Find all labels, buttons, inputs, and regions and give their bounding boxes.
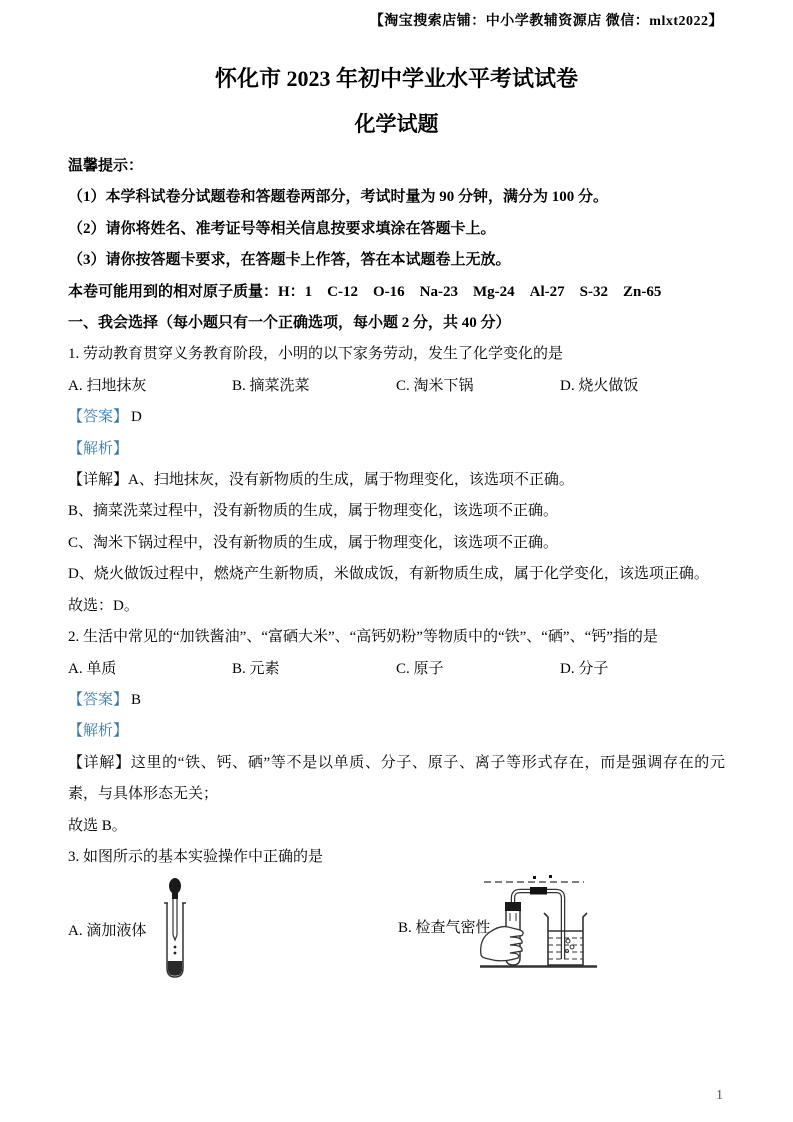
q1-option-b: B. 摘菜洗菜 bbox=[232, 371, 396, 402]
q1-detail-line-3: C、淘米下锅过程中，没有新物质的生成，属于物理变化，该选项不正确。 bbox=[68, 528, 725, 559]
header-notice: 【淘宝搜索店铺：中小学教辅资源店 微信：mlxt2022】 bbox=[0, 0, 793, 30]
q1-option-a: A. 扫地抹灰 bbox=[68, 371, 232, 402]
exam-paper-page: 【淘宝搜索店铺：中小学教辅资源店 微信：mlxt2022】 怀化市 2023 年… bbox=[0, 0, 793, 1122]
q3-option-b-label: B. 检查气密性 bbox=[398, 916, 491, 937]
page-title: 怀化市 2023 年初中学业水平考试试卷 bbox=[0, 62, 793, 93]
gas-tightness-check-apparatus-icon bbox=[480, 869, 602, 979]
q2-options: A. 单质 B. 元素 C. 原子 D. 分子 bbox=[68, 654, 725, 685]
q2-option-a: A. 单质 bbox=[68, 654, 232, 685]
page-number: 1 bbox=[716, 1088, 723, 1104]
q2-detail-line-1: 【详解】这里的“铁、钙、硒”等不是以单质、分子、原子、离子等形式存在，而是强调存… bbox=[68, 748, 725, 811]
q2-answer-line: 【答案】B bbox=[68, 685, 725, 716]
tips-heading: 温馨提示： bbox=[68, 151, 725, 182]
q1-detail-line-4: D、烧火做饭过程中，燃烧产生新物质，米做成饭，有新物质生成，属于化学变化，该选项… bbox=[68, 559, 725, 590]
q1-analysis-label: 【解析】 bbox=[68, 434, 725, 465]
q2-stem: 2. 生活中常见的“加铁酱油”、“富硒大米”、“高钙奶粉”等物质中的“铁”、“硒… bbox=[68, 622, 725, 653]
q3-figures: A. 滴加液体 B. 检查气密性 bbox=[68, 873, 725, 991]
q1-detail-line-2: B、摘菜洗菜过程中，没有新物质的生成，属于物理变化，该选项不正确。 bbox=[68, 496, 725, 527]
q1-option-d: D. 烧火做饭 bbox=[560, 371, 638, 402]
q1-answer-line: 【答案】D bbox=[68, 402, 725, 433]
q3-stem: 3. 如图所示的基本实验操作中正确的是 bbox=[68, 842, 725, 873]
q3-option-a-label: A. 滴加液体 bbox=[68, 919, 146, 940]
section-1-heading: 一、我会选择（每小题只有一个正确选项，每小题 2 分，共 40 分） bbox=[68, 308, 725, 339]
q2-option-b: B. 元素 bbox=[232, 654, 396, 685]
q1-options: A. 扫地抹灰 B. 摘菜洗菜 C. 淘米下锅 D. 烧火做饭 bbox=[68, 371, 725, 402]
q2-option-d: D. 分子 bbox=[560, 654, 608, 685]
tip-item-2: （2）请你将姓名、准考证号等相关信息按要求填涂在答题卡上。 bbox=[68, 214, 725, 245]
dropper-into-test-tube-icon bbox=[154, 877, 198, 985]
q2-answer-value: B bbox=[131, 692, 141, 708]
q1-option-c: C. 淘米下锅 bbox=[396, 371, 560, 402]
tip-item-1: （1）本学科试卷分试题卷和答题卷两部分，考试时量为 90 分钟，满分为 100 … bbox=[68, 182, 725, 213]
page-subtitle: 化学试题 bbox=[0, 108, 793, 138]
q1-stem: 1. 劳动教育贯穿义务教育阶段，小明的以下家务劳动，发生了化学变化的是 bbox=[68, 339, 725, 370]
q1-answer-value: D bbox=[131, 409, 142, 425]
q1-conclusion: 故选：D。 bbox=[68, 591, 725, 622]
q2-conclusion: 故选 B。 bbox=[68, 811, 725, 842]
q2-analysis-label: 【解析】 bbox=[68, 716, 725, 747]
q1-detail-line-1: 【详解】A、扫地抹灰，没有新物质的生成，属于物理变化，该选项不正确。 bbox=[68, 465, 725, 496]
q2-option-c: C. 原子 bbox=[396, 654, 560, 685]
atomic-masses-line: 本卷可能用到的相对原子质量：H：1 C-12 O-16 Na-23 Mg-24 … bbox=[68, 277, 725, 308]
tip-item-3: （3）请你按答题卡要求，在答题卡上作答，答在本试题卷上无放。 bbox=[68, 245, 725, 276]
exam-body: 温馨提示： （1）本学科试卷分试题卷和答题卷两部分，考试时量为 90 分钟，满分… bbox=[0, 151, 793, 991]
q1-answer-label: 【答案】 bbox=[68, 409, 128, 425]
q2-answer-label: 【答案】 bbox=[68, 692, 128, 708]
